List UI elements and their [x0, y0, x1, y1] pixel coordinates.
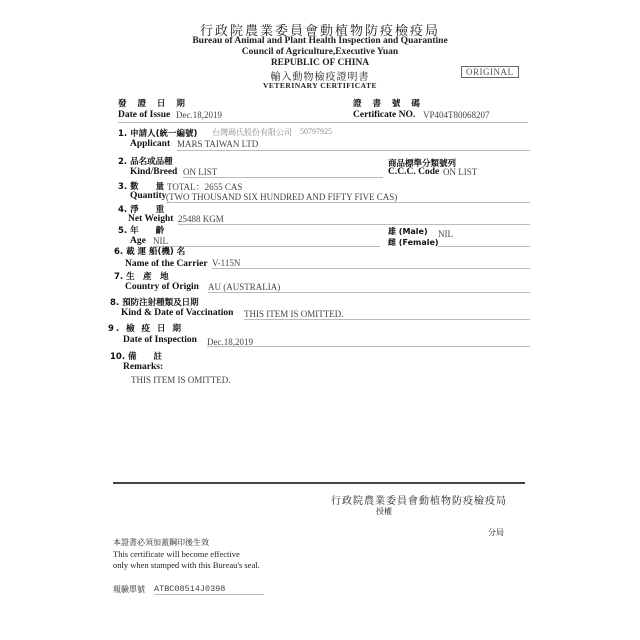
- origin-label: Country of Origin: [125, 282, 199, 292]
- divider: [207, 346, 530, 347]
- divider: [177, 150, 530, 151]
- inspection-label: Date of Inspection: [123, 335, 197, 345]
- council-name: Council of Agriculture,Executive Yuan: [0, 47, 640, 57]
- divider: [438, 246, 530, 247]
- remarks-label: Remarks:: [123, 362, 163, 372]
- country-name: REPUBLIC OF CHINA: [0, 58, 640, 68]
- carrier-label-zh: 6. 載 運 船(機) 名: [114, 245, 185, 257]
- vaccination-value: THIS ITEM IS OMITTED.: [244, 309, 344, 319]
- divider: [212, 268, 530, 269]
- remarks-value: THIS ITEM IS OMITTED.: [131, 375, 231, 385]
- footer-divider: [113, 482, 525, 484]
- divider: [166, 202, 530, 203]
- carrier-label: Name of the Carrier: [125, 259, 208, 269]
- sex-male-label: 雄 (Male): [388, 226, 428, 237]
- agency-name-en: Bureau of Animal and Plant Health Inspec…: [0, 36, 640, 46]
- remarks-label-zh: 10. 備 註: [110, 350, 162, 362]
- branch-zh: 分局: [488, 527, 504, 538]
- kind-label-zh: 2. 品名或品種: [118, 155, 173, 167]
- divider: [183, 177, 383, 178]
- inspection-label-zh: 9. 檢 疫 日 期: [108, 322, 183, 334]
- applicant-value-zh: 台灣瑪氏股份有限公司: [212, 127, 292, 138]
- carrier-value: V-115N: [212, 258, 240, 268]
- quantity-words: (TWO THOUSAND SIX HUNDRED AND FIFTY FIVE…: [166, 192, 397, 202]
- doc-title-en: VETERINARY CERTIFICATE: [0, 81, 640, 90]
- divider: [244, 319, 530, 320]
- divider: [178, 224, 530, 225]
- reference-label-zh: 報驗單號: [113, 584, 145, 595]
- ccc-label: C.C.C. Code: [388, 167, 439, 177]
- certificate-no-label: Certificate NO.: [353, 110, 415, 120]
- quantity-label: Quantity: [130, 191, 166, 201]
- sex-value: NIL: [438, 229, 453, 239]
- origin-value: AU (AUSTRALIA): [208, 282, 280, 292]
- notice-en-2: only when stamped with this Bureau's sea…: [113, 560, 260, 570]
- kind-label: Kind/Breed: [130, 167, 177, 177]
- age-label-zh: 5. 年 齡: [118, 224, 164, 236]
- weight-label: Net Weight: [128, 214, 173, 224]
- divider: [154, 594, 264, 595]
- reference-value: ATBC08514J0398: [154, 584, 225, 594]
- vaccination-label-zh: 8. 預防注射種類及日期: [110, 296, 199, 308]
- footer-agency-zh: 行政院農業委員會動植物防疫檢疫局: [331, 492, 507, 507]
- divider: [208, 292, 530, 293]
- applicant-value: MARS TAIWAN LTD: [177, 139, 258, 149]
- original-stamp: ORIGINAL: [461, 66, 519, 78]
- sex-female-label: 雌 (Female): [388, 237, 439, 248]
- divider: [153, 246, 380, 247]
- applicant-label: Applicant: [130, 139, 170, 149]
- origin-label-zh: 7. 生 產 地: [114, 270, 169, 282]
- applicant-label-zh: 1. 申請人(統一編號): [118, 127, 197, 139]
- notice-zh: 本證書必須加蓋鋼印後生效: [113, 537, 209, 548]
- ccc-value: ON LIST: [443, 167, 477, 177]
- applicant-id: 50797925: [300, 127, 332, 136]
- certificate-no-label-zh: 證 書 號 碼: [353, 97, 424, 109]
- vaccination-label: Kind & Date of Vaccination: [121, 308, 233, 318]
- divider: [118, 122, 528, 123]
- date-of-issue-value: Dec.18,2019: [176, 110, 222, 120]
- authorized-zh: 授權: [376, 506, 392, 517]
- certificate-no-value: VP404T80068207: [423, 110, 490, 120]
- kind-value: ON LIST: [183, 167, 217, 177]
- date-of-issue-label-zh: 發 證 日 期: [118, 97, 189, 109]
- date-of-issue-label: Date of Issue: [118, 110, 170, 120]
- weight-value: 25488 KGM: [178, 214, 224, 224]
- notice-en-1: This certificate will become effective: [113, 549, 240, 559]
